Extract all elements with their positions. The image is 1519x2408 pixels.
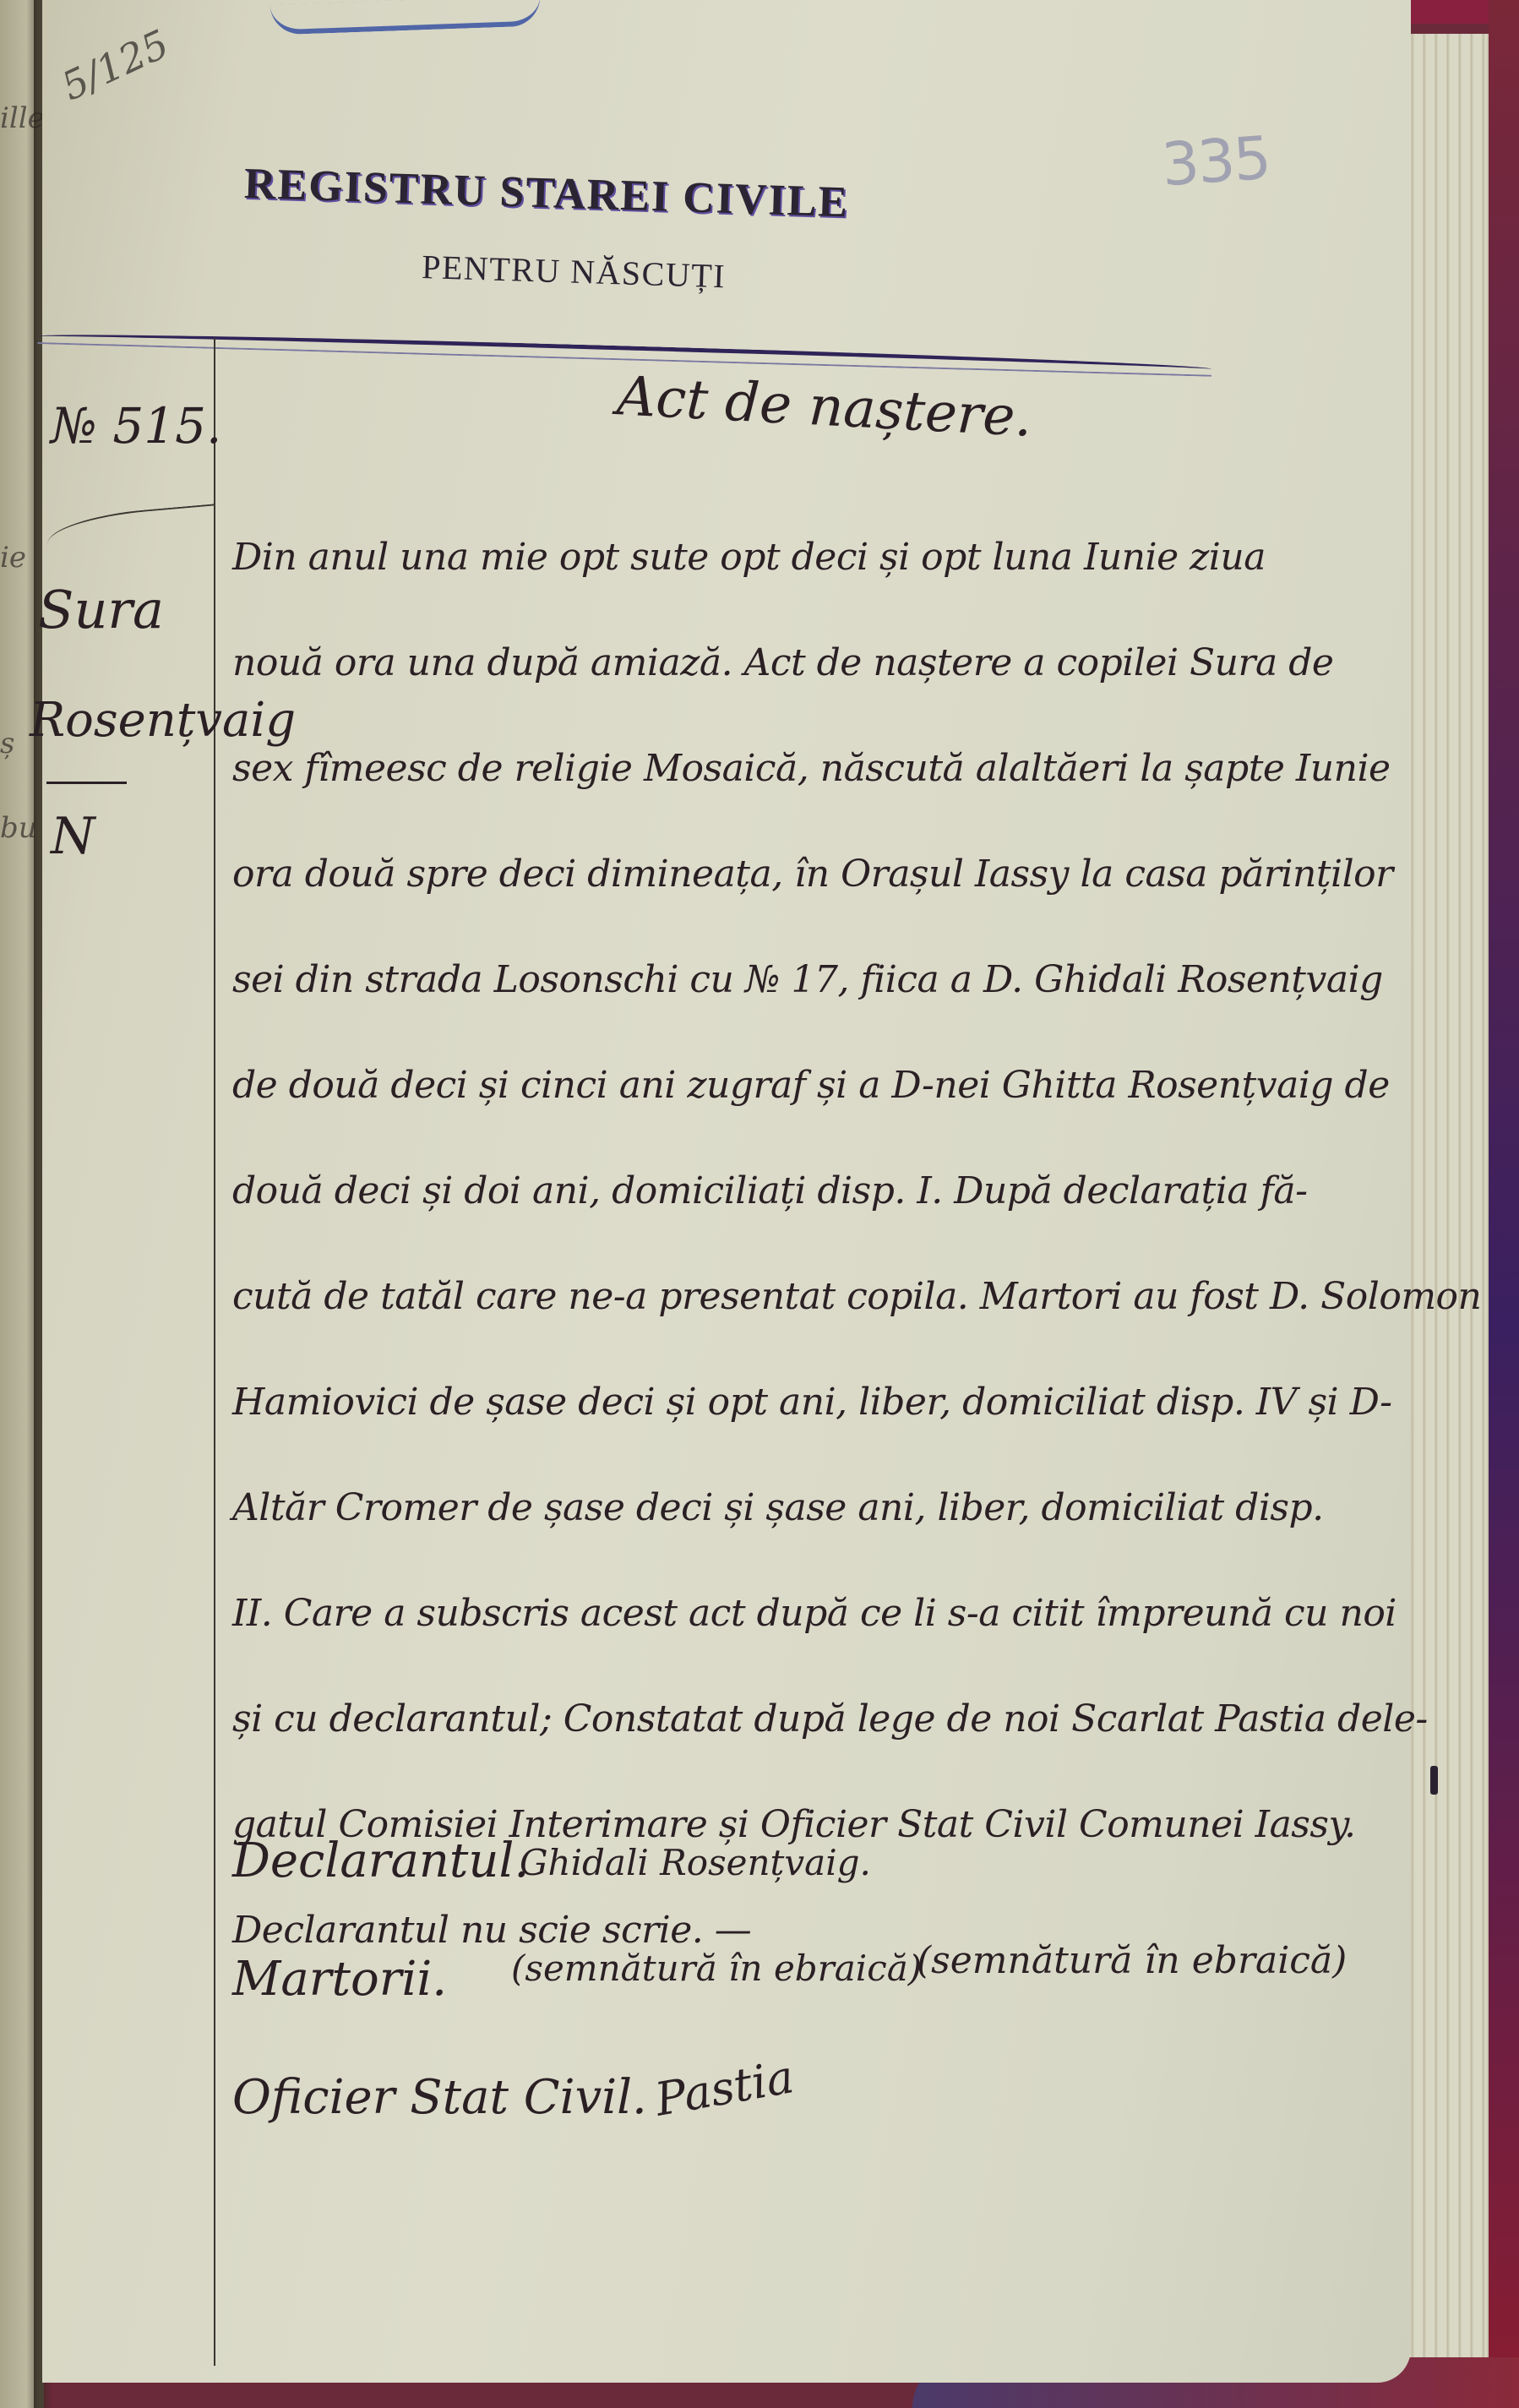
folio-number: 335 — [1159, 123, 1271, 200]
body-line: Din anul una mie opt sute opt deci și op… — [232, 520, 1398, 625]
body-line: sex fîmeesc de religie Mosaică, născută … — [232, 731, 1398, 836]
declarant-label: Declarantul. — [232, 1833, 529, 1888]
officer-label: Oficier Stat Civil. — [232, 2070, 647, 2125]
page-stack-edges — [1402, 34, 1492, 2374]
body-line: II. Care a subscris acest act după ce li… — [232, 1576, 1398, 1681]
ink-blot — [1430, 1766, 1438, 1795]
margin-underline — [46, 782, 127, 784]
declarant-signature: Ghidali Rosențvaig. — [520, 1842, 871, 1883]
facing-page-text-fragment: ie — [0, 541, 26, 575]
facing-page-text-fragment: ș — [0, 727, 14, 760]
body-line: și cu declarantul; Constatat după lege d… — [232, 1681, 1398, 1787]
body-line: sei din strada Losonschi cu № 17, fiica … — [232, 942, 1398, 1048]
body-line: cută de tatăl care ne-a presentat copila… — [232, 1259, 1398, 1365]
margin-column-divider — [214, 338, 215, 2366]
book-cover-right — [1489, 0, 1519, 2408]
body-line: două deci și doi ani, domiciliați disp. … — [232, 1153, 1398, 1259]
body-line: nouă ora una după amiază. Act de naștere… — [232, 625, 1398, 731]
child-first-name: Sura — [38, 579, 164, 640]
act-body: Din anul una mie opt sute opt deci și op… — [232, 520, 1398, 1998]
officer-signature: Pastia — [651, 2050, 798, 2127]
body-line: ora două spre deci dimineața, în Orașul … — [232, 836, 1398, 942]
margin-mark: N — [51, 807, 95, 866]
witnesses-label: Martorii. — [232, 1952, 447, 2007]
witness-2-signature: (semnătură în ebraică) — [917, 1939, 1347, 1982]
witnesses-signature-row: Martorii. (semnătură în ebraică) (semnăt… — [232, 1935, 1398, 2053]
signatures-block: Declarantul. Ghidali Rosențvaig. Martori… — [232, 1817, 1398, 2171]
body-line: de două deci și cinci ani zugraf și a D-… — [232, 1048, 1398, 1153]
officer-signature-row: Oficier Stat Civil. Pastia — [232, 2053, 1398, 2171]
body-line: Altăr Cromer de șase deci și șase ani, l… — [232, 1470, 1398, 1576]
declarant-signature-row: Declarantul. Ghidali Rosențvaig. — [232, 1817, 1398, 1935]
act-number: № 515. — [51, 397, 221, 455]
body-line: Hamiovici de șase deci și opt ani, liber… — [232, 1365, 1398, 1470]
facing-page-text-fragment: bu — [0, 811, 37, 845]
witness-1-signature: (semnătură în ebraică) — [511, 1948, 922, 1989]
